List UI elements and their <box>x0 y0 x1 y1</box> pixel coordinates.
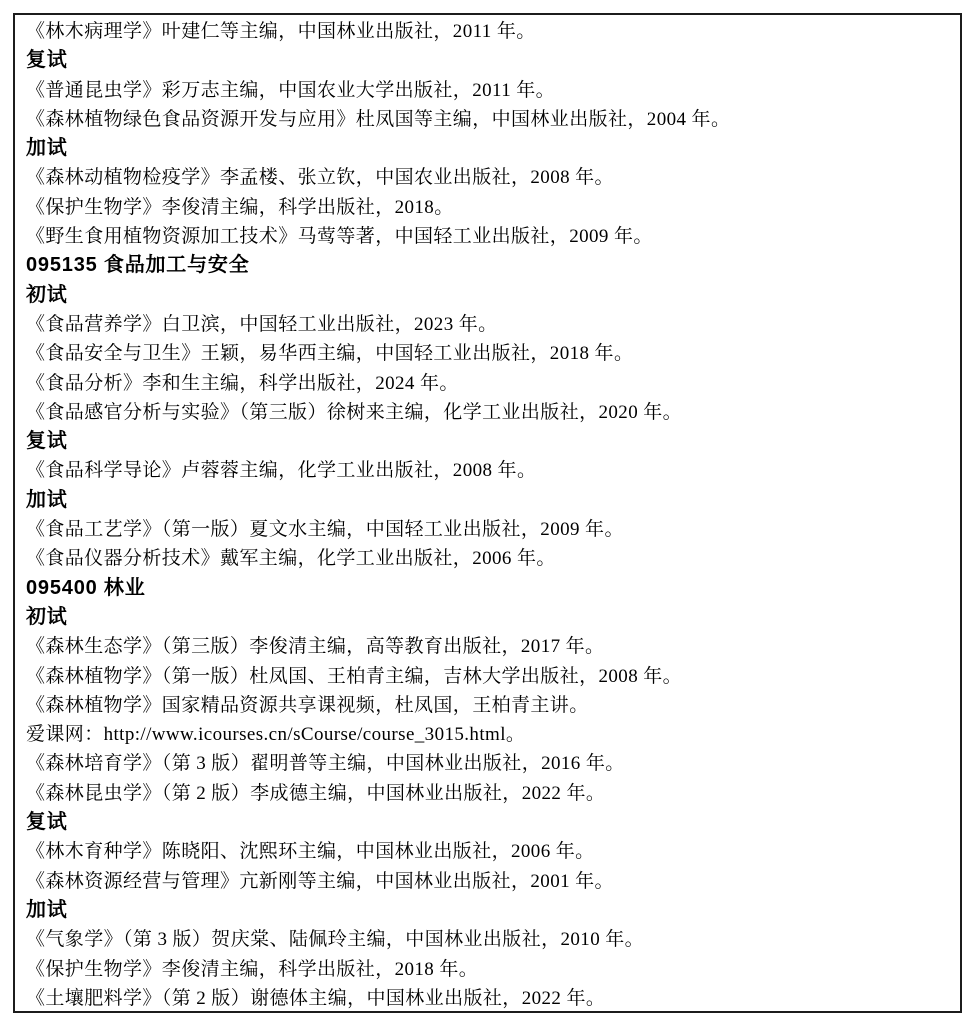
book-entry-line: 《森林植物绿色食品资源开发与应用》杜凤国等主编，中国林业出版社，2004 年。 <box>26 105 954 134</box>
book-entry-line: 《林木病理学》叶建仁等主编，中国林业出版社，2011 年。 <box>26 17 954 46</box>
book-entry-line: 《食品营养学》白卫滨，中国轻工业出版社，2023 年。 <box>26 310 954 339</box>
reference-book-list: 《林木病理学》叶建仁等主编，中国林业出版社，2011 年。 复试 《普通昆虫学》… <box>13 13 962 1013</box>
book-entry-line: 《森林动植物检疫学》李孟楼、张立钦，中国农业出版社，2008 年。 <box>26 163 954 192</box>
course-code-header: 095135 食品加工与安全 <box>26 251 954 280</box>
book-entry-line: 《食品分析》李和生主编，科学出版社，2024 年。 <box>26 369 954 398</box>
book-entry-line: 《食品工艺学》（第一版）夏文水主编，中国轻工业出版社，2009 年。 <box>26 515 954 544</box>
book-entry-line: 《食品科学导论》卢蓉蓉主编，化学工业出版社，2008 年。 <box>26 456 954 485</box>
book-entry-line: 《森林生态学》（第三版）李俊清主编，高等教育出版社，2017 年。 <box>26 632 954 661</box>
book-entry-line: 《林木育种学》陈晓阳、沈熙环主编，中国林业出版社，2006 年。 <box>26 837 954 866</box>
section-header: 加试 <box>26 486 954 515</box>
book-entry-line: 《保护生物学》李俊清主编，科学出版社，2018 年。 <box>26 955 954 984</box>
section-header: 初试 <box>26 281 954 310</box>
section-header: 加试 <box>26 134 954 163</box>
book-entry-line: 《保护生物学》李俊清主编，科学出版社，2018。 <box>26 193 954 222</box>
book-entry-line: 《食品仪器分析技术》戴军主编，化学工业出版社，2006 年。 <box>26 544 954 573</box>
book-entry-line: 《食品安全与卫生》王颖，易华西主编，中国轻工业出版社，2018 年。 <box>26 339 954 368</box>
section-header: 初试 <box>26 603 954 632</box>
course-code-header: 095400 林业 <box>26 574 954 603</box>
book-entry-line: 《森林植物学》（第一版）杜凤国、王柏青主编，吉林大学出版社，2008 年。 <box>26 662 954 691</box>
section-header: 复试 <box>26 808 954 837</box>
course-url-line: 爱课网：http://www.icourses.cn/sCourse/cours… <box>26 720 954 749</box>
book-entry-line: 《森林培育学》（第 3 版）翟明普等主编，中国林业出版社，2016 年。 <box>26 749 954 778</box>
section-header: 加试 <box>26 896 954 925</box>
book-entry-line: 《野生食用植物资源加工技术》马莺等著，中国轻工业出版社，2009 年。 <box>26 222 954 251</box>
section-header: 复试 <box>26 46 954 75</box>
book-entry-line: 《森林植物学》国家精品资源共享课视频，杜凤国，王柏青主讲。 <box>26 691 954 720</box>
book-entry-line: 《食品感官分析与实验》（第三版）徐树来主编，化学工业出版社，2020 年。 <box>26 398 954 427</box>
book-entry-line: 《森林昆虫学》（第 2 版）李成德主编，中国林业出版社，2022 年。 <box>26 779 954 808</box>
book-entry-line: 《森林资源经营与管理》亢新刚等主编，中国林业出版社，2001 年。 <box>26 867 954 896</box>
book-entry-line: 《土壤肥料学》（第 2 版）谢德体主编，中国林业出版社，2022 年。 <box>26 984 954 1013</box>
book-entry-line: 《普通昆虫学》彩万志主编，中国农业大学出版社，2011 年。 <box>26 76 954 105</box>
book-entry-line: 《气象学》（第 3 版）贺庆棠、陆佩玲主编，中国林业出版社，2010 年。 <box>26 925 954 954</box>
section-header: 复试 <box>26 427 954 456</box>
